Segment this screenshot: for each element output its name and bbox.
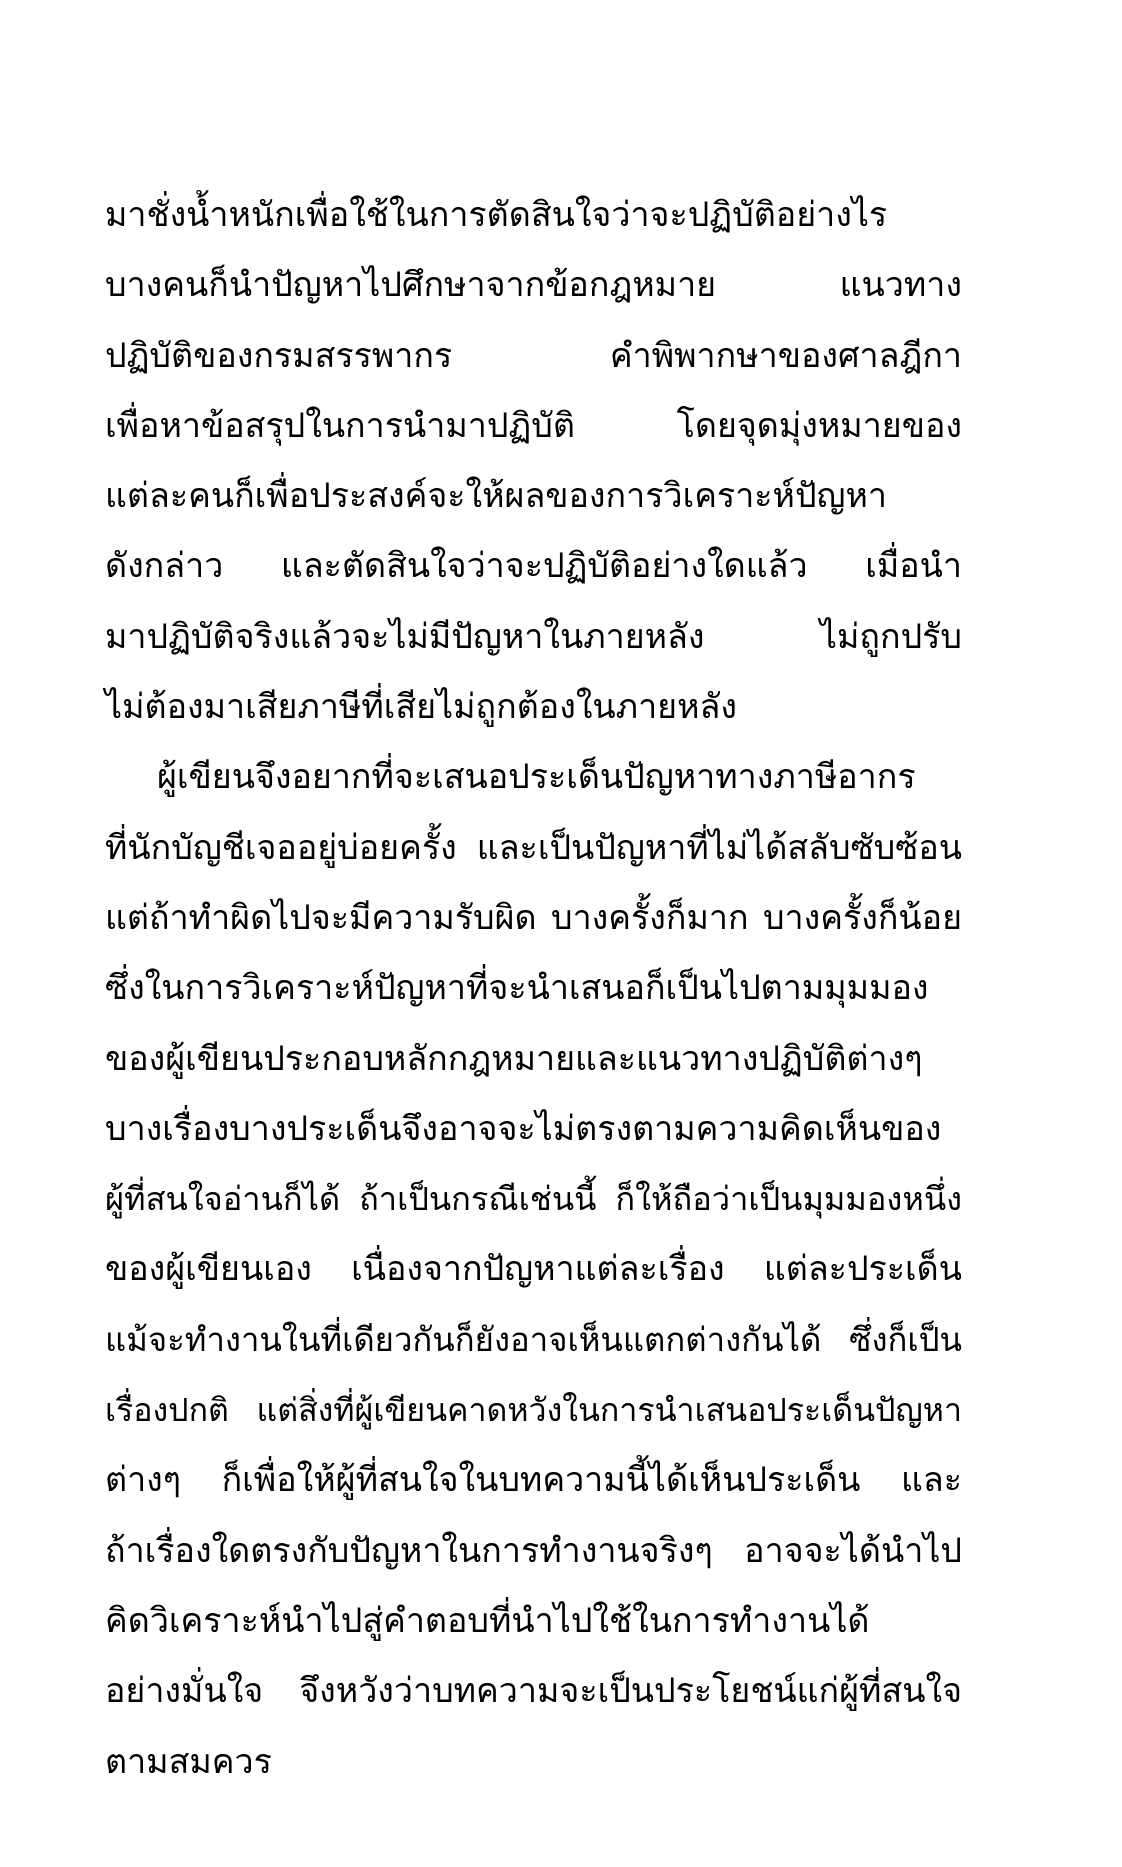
text-line: เรื่องปกติ แต่สิ่งที่ผู้เขียนคาดหวังในกา… <box>105 1375 962 1445</box>
text-line: เพื่อหาข้อสรุปในการนำมาปฏิบัติ โดยจุดมุ่… <box>105 391 962 461</box>
body-text: มาชั่งน้ำหนักเพื่อใช้ในการตัดสินใจว่าจะป… <box>105 180 962 1797</box>
paragraph-2: ผู้เขียนจึงอยากที่จะเสนอประเด็นปัญหาทางภ… <box>105 742 962 1796</box>
text-line: ซึ่งในการวิเคราะห์ปัญหาที่จะนำเสนอก็เป็น… <box>105 953 962 1023</box>
text-line: ที่นักบัญชีเจออยู่บ่อยครั้ง และเป็นปัญหา… <box>105 813 962 883</box>
text-line: คิดวิเคราะห์นำไปสู่คำตอบที่นำไปใช้ในการท… <box>105 1586 962 1656</box>
text-line: บางเรื่องบางประเด็นจึงอาจจะไม่ตรงตามความ… <box>105 1094 962 1164</box>
text-line: แม้จะทำงานในที่เดียวกันก็ยังอาจเห็นแตกต่… <box>105 1305 962 1375</box>
text-line: ปฏิบัติของกรมสรรพากร คำพิพากษาของศาลฎีกา <box>105 321 962 391</box>
text-line: ดังกล่าว และตัดสินใจว่าจะปฏิบัติอย่างใดแ… <box>105 531 962 601</box>
text-line: บางคนก็นำปัญหาไปศึกษาจากข้อกฎหมาย แนวทาง <box>105 250 962 320</box>
text-line: ของผู้เขียนประกอบหลักกฎหมายและแนวทางปฏิบ… <box>105 1024 962 1094</box>
text-line: ต่างๆ ก็เพื่อให้ผู้ที่สนใจในบทความนี้ได้… <box>105 1445 962 1515</box>
text-line-paragraph-end: ไม่ต้องมาเสียภาษีที่เสียไม่ถูกต้องในภายห… <box>105 672 962 742</box>
text-line-paragraph-end: ตามสมควร <box>105 1727 962 1797</box>
document-page: มาชั่งน้ำหนักเพื่อใช้ในการตัดสินใจว่าจะป… <box>0 0 1122 1867</box>
paragraph-1: มาชั่งน้ำหนักเพื่อใช้ในการตัดสินใจว่าจะป… <box>105 180 962 742</box>
text-line-indented: ผู้เขียนจึงอยากที่จะเสนอประเด็นปัญหาทางภ… <box>105 742 962 812</box>
text-line: มาปฏิบัติจริงแล้วจะไม่มีปัญหาในภายหลัง ไ… <box>105 602 962 672</box>
text-line: ถ้าเรื่องใดตรงกับปัญหาในการทำงานจริงๆ อา… <box>105 1516 962 1586</box>
text-line: ผู้ที่สนใจอ่านก็ได้ ถ้าเป็นกรณีเช่นนี้ ก… <box>105 1164 962 1234</box>
text-line: แต่ละคนก็เพื่อประสงค์จะให้ผลของการวิเครา… <box>105 461 962 531</box>
text-line: มาชั่งน้ำหนักเพื่อใช้ในการตัดสินใจว่าจะป… <box>105 180 962 250</box>
text-line: ของผู้เขียนเอง เนื่องจากปัญหาแต่ละเรื่อง… <box>105 1234 962 1304</box>
text-line: อย่างมั่นใจ จึงหวังว่าบทความจะเป็นประโยช… <box>105 1656 962 1726</box>
text-line: แต่ถ้าทำผิดไปจะมีความรับผิด บางครั้งก็มา… <box>105 883 962 953</box>
